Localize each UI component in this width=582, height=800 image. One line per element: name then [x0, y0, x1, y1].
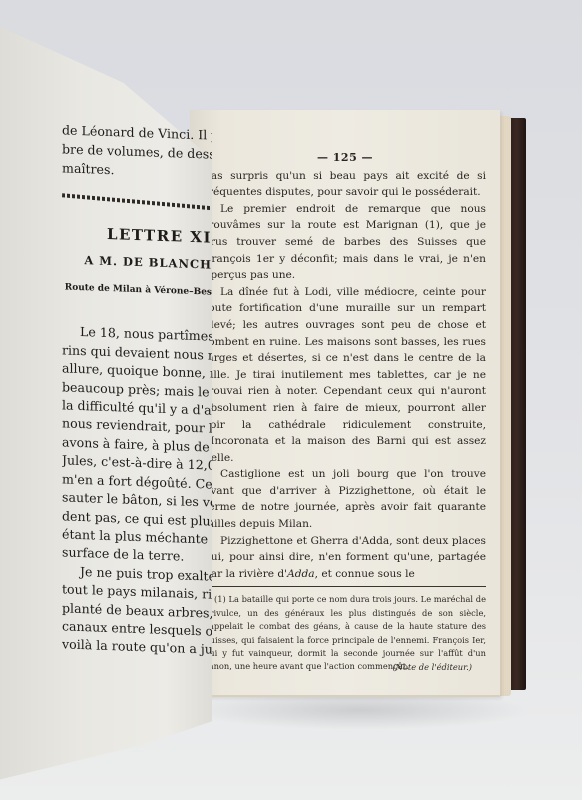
right-page-text: — 125 — pas surpris qu'un si beau pays a…	[204, 150, 486, 674]
right-page: — 125 — pas surpris qu'un si beau pays a…	[190, 110, 500, 697]
letter-title: LETTRE XI	[62, 224, 212, 248]
left-page-text: de Léonard de Vinci. Il y a une — 122 — …	[62, 121, 212, 659]
river-name: Adda	[287, 568, 315, 580]
paragraph: Le premier endroit de remarque que nous …	[204, 201, 486, 284]
paragraph: pas surpris qu'un si beau pays ait excit…	[204, 168, 486, 201]
paragraph-text: , et connue sous le	[315, 568, 415, 580]
footnote-text: (1) La bataille qui porte ce nom dura tr…	[204, 594, 486, 671]
paragraph: La dînée fut à Lodi, ville médiocre, cei…	[204, 284, 486, 467]
page-number: — 125 —	[204, 150, 486, 167]
letter-addressee: A M. DE BLANCH	[62, 250, 212, 274]
paragraph: Pizzighettone et Gherra d'Adda, sont deu…	[204, 533, 486, 583]
ornamental-rule	[62, 193, 212, 211]
paragraph: Castiglione est un joli bourg que l'on t…	[204, 466, 486, 532]
footnote-rule	[204, 586, 486, 587]
letter-route: Route de Milan à Vérone–Bes	[62, 278, 212, 302]
